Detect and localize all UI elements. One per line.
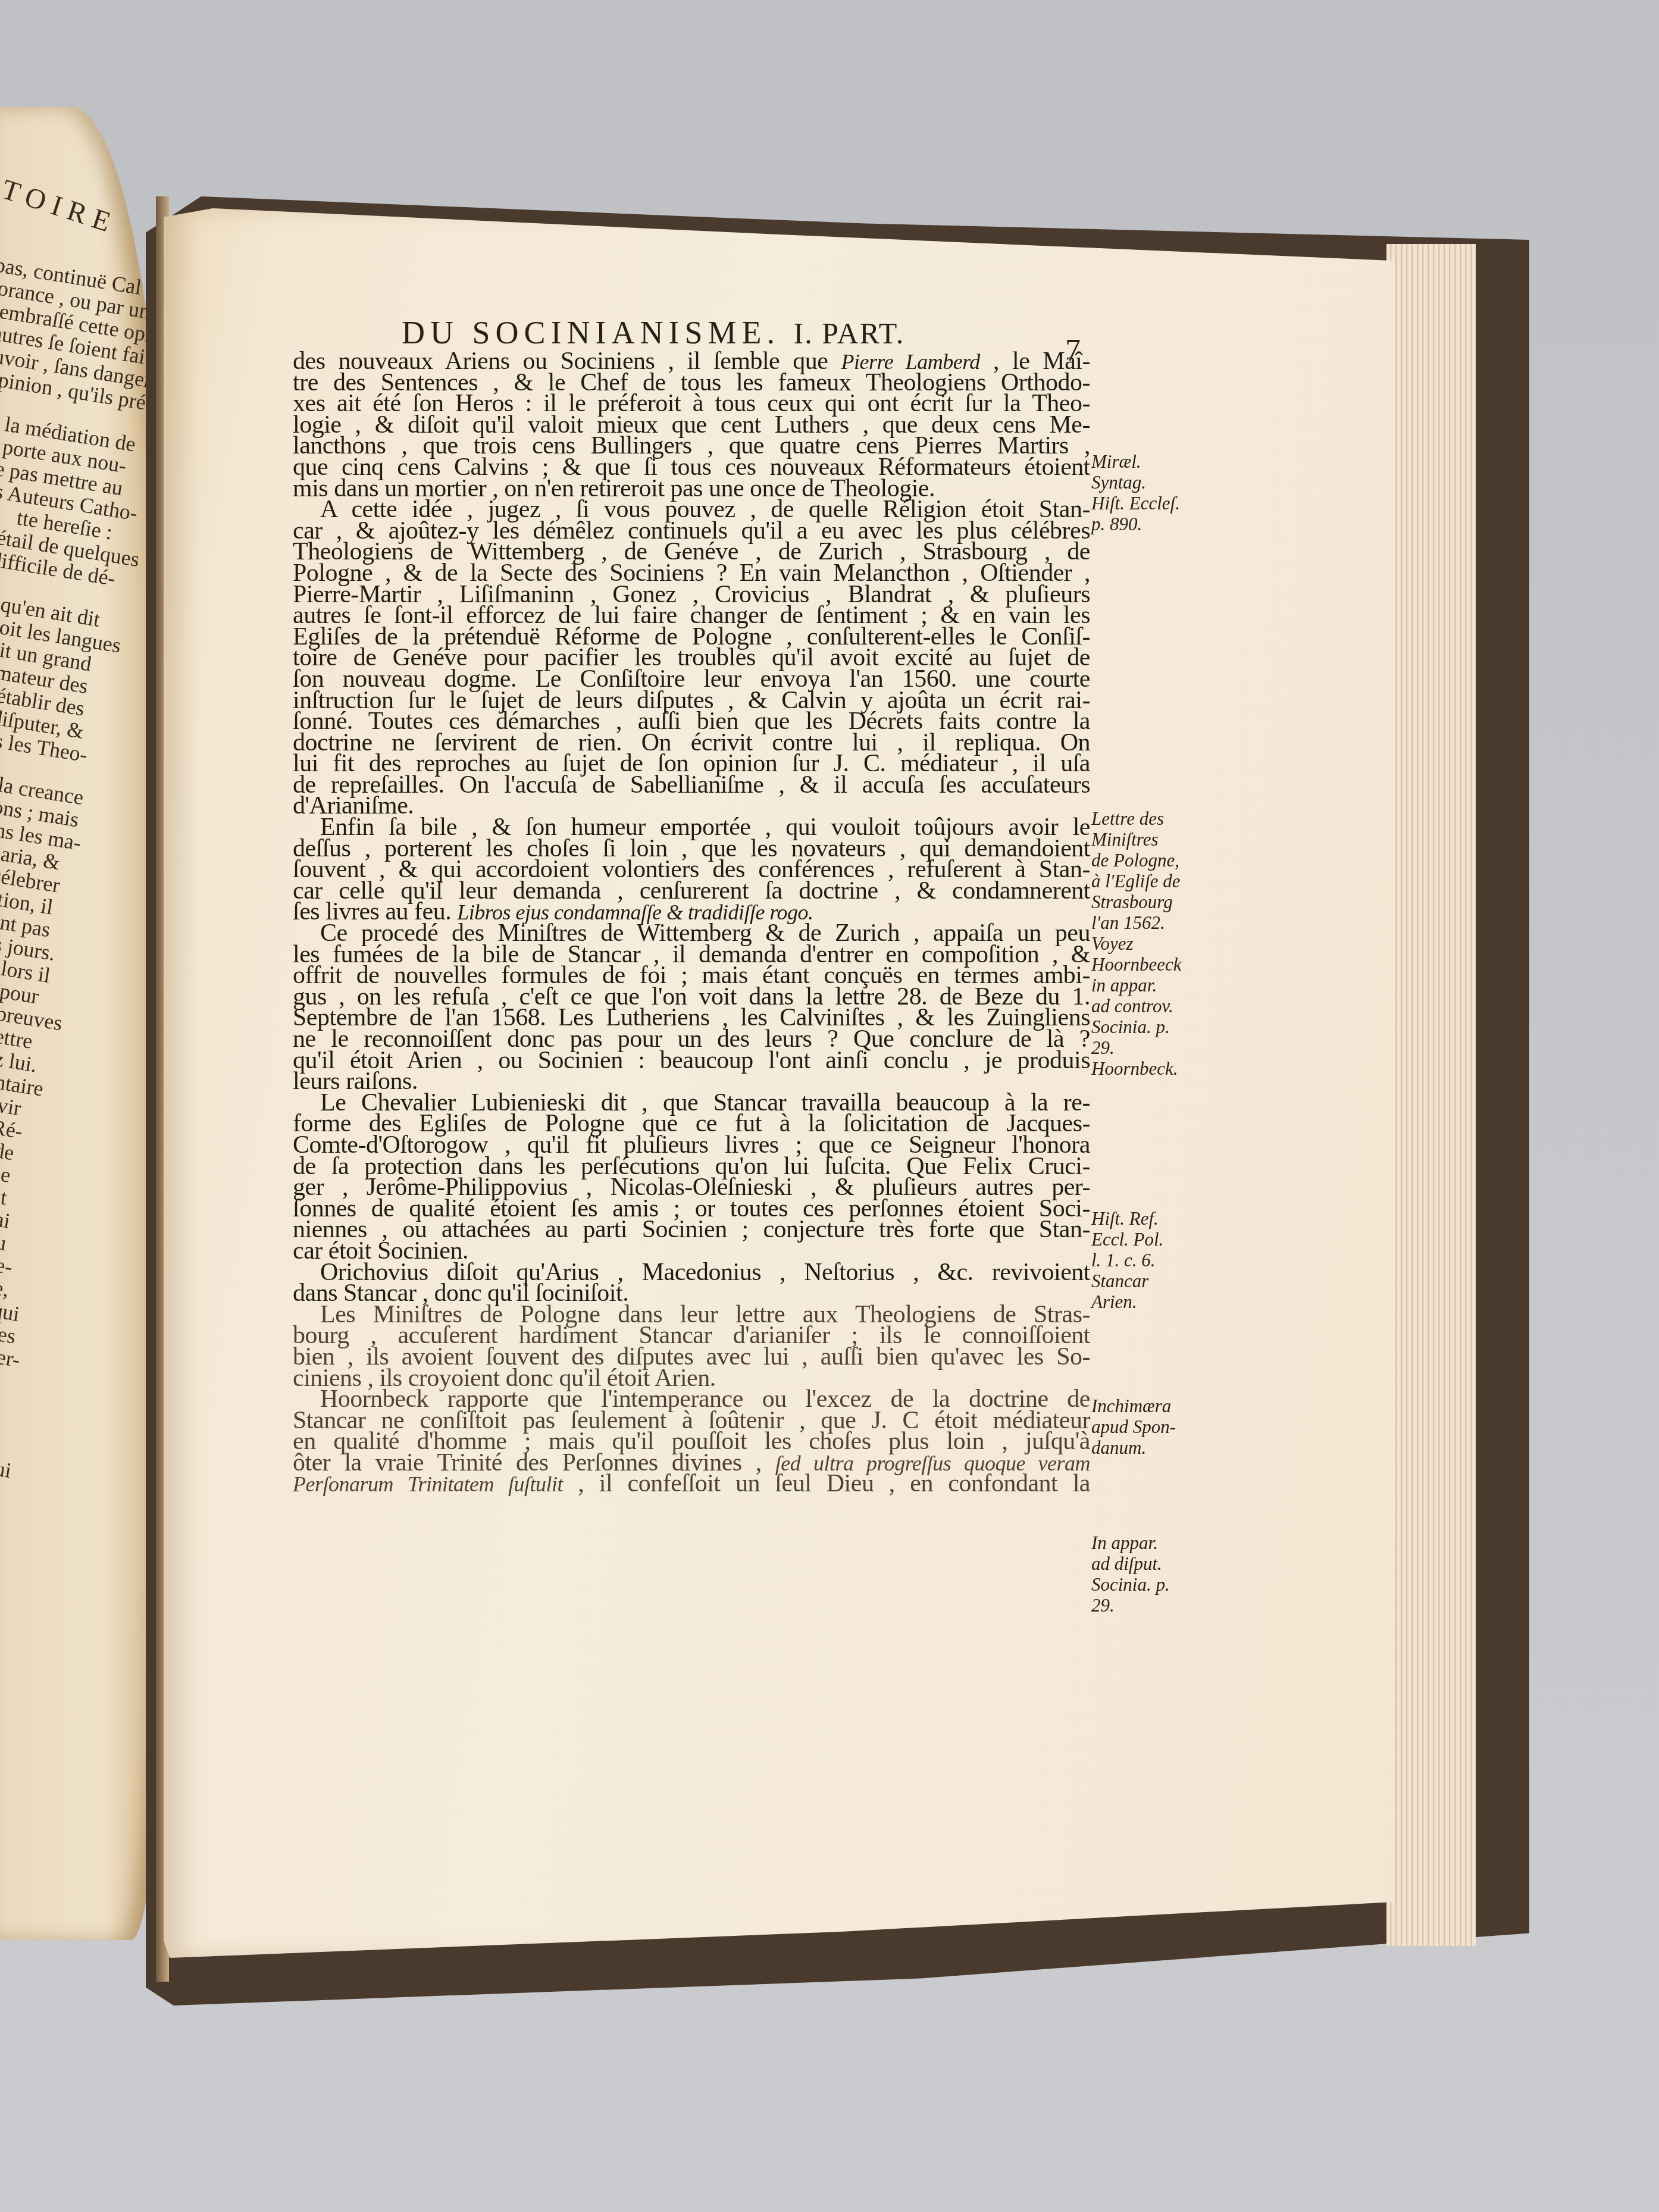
italic-quote: Perſonarum Trinitatem ſuſtulit [293, 1472, 563, 1496]
margin-note: In appar.ad diſput.Socinia. p.29. [1091, 1532, 1204, 1616]
margin-note-line: Inchimæra [1091, 1396, 1204, 1416]
margin-note-line: Miniſtres [1091, 829, 1204, 850]
margin-note: Inchimæraapud Spon-danum. [1091, 1396, 1204, 1458]
margin-note-line: p. 890. [1091, 514, 1204, 534]
body-text: des nouveaux Ariens ou Sociniens , il ſe… [293, 351, 1090, 1495]
left-page: TOIRE te pas, continuë Calvin,ignorance … [0, 107, 167, 1940]
margin-note-line: Lettre des [1091, 808, 1204, 829]
margin-note-line: danum. [1091, 1437, 1204, 1458]
margin-note-line: apud Spon- [1091, 1416, 1204, 1437]
running-head: DU SOCINIANISME. I. PART. [402, 314, 1092, 351]
margin-note-line: Voyez [1091, 933, 1204, 954]
margin-note-line: Syntag. [1091, 472, 1204, 493]
margin-note-line: Hoornbeeck [1091, 954, 1204, 975]
margin-note-line: Strasbourg [1091, 891, 1204, 912]
text-line: Perſonarum Trinitatem ſuſtulit , il conf… [293, 1473, 1090, 1495]
margin-note-line: Hiſt. Ref. [1091, 1208, 1204, 1229]
page-edges [1386, 244, 1476, 1946]
margin-note-line: Hoornbeck. [1091, 1058, 1204, 1079]
margin-note-line: In appar. [1091, 1532, 1204, 1553]
margin-note-line: de Pologne, [1091, 850, 1204, 871]
margin-note-line: Stancar [1091, 1271, 1204, 1291]
left-page-running-head: TOIRE [0, 173, 121, 240]
margin-note-line: Arien. [1091, 1291, 1204, 1312]
margin-note: Lettre desMiniſtresde Pologne,à l'Egliſe… [1091, 808, 1204, 1079]
margin-note-line: Socinia. p. [1091, 1016, 1204, 1037]
margin-note-line: ad controv. [1091, 996, 1204, 1016]
margin-note-line: 29. [1091, 1037, 1204, 1058]
margin-note-line: à l'Egliſe de [1091, 871, 1204, 891]
margin-note-line: Eccl. Pol. [1091, 1229, 1204, 1250]
margin-note-line: Hiſt. Eccleſ. [1091, 493, 1204, 514]
margin-note-line: Socinia. p. [1091, 1574, 1204, 1595]
margin-note-line: l. 1. c. 6. [1091, 1250, 1204, 1271]
margin-note: Miræl.Syntag.Hiſt. Eccleſ.p. 890. [1091, 451, 1204, 534]
running-head-part: I. PART. [794, 317, 905, 350]
text-run: , il confeſſoit un ſeul Dieu , en confon… [563, 1470, 1090, 1497]
left-page-text: te pas, continuë Calvin,ignorance , ou p… [0, 250, 152, 1475]
margin-note-line: in appar. [1091, 975, 1204, 996]
margin-note-line: 29. [1091, 1595, 1204, 1616]
margin-note-line: l'an 1562. [1091, 912, 1204, 933]
running-head-title: DU SOCINIANISME. [402, 315, 780, 351]
margin-note-line: Miræl. [1091, 451, 1204, 472]
margin-note: Hiſt. Ref.Eccl. Pol.l. 1. c. 6.StancarAr… [1091, 1208, 1204, 1312]
margin-note-line: ad diſput. [1091, 1553, 1204, 1574]
